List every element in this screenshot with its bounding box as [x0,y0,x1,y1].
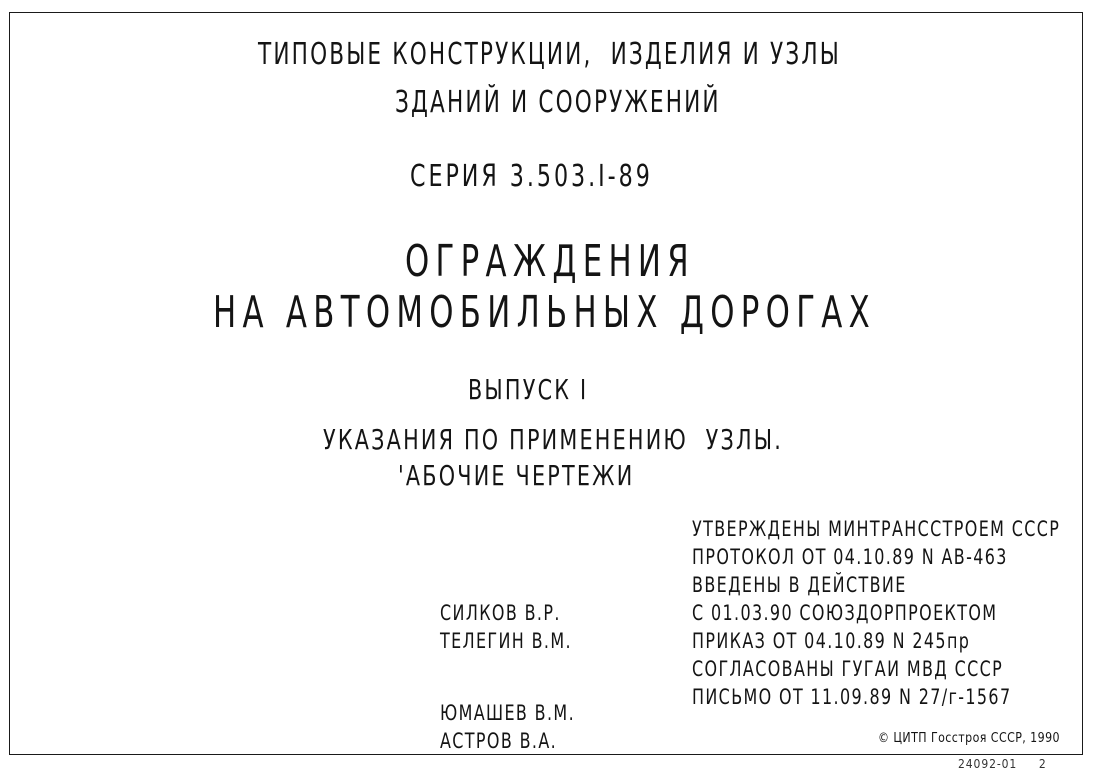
author-name: АСТРОВ В.А. [440,731,557,752]
approval-line: ПИСЬМО ОТ 11.09.89 N 27/г-1567 [692,687,1011,708]
author-name: ТЕЛЕГИН В.М. [440,631,572,652]
approval-line: УТВЕРЖДЕНЫ МИНТРАНССТРОЕМ СССР [692,519,1060,540]
series-number: СЕРИЯ 3.503.I-89 [410,162,653,192]
header-line-2: ЗДАНИЙ И СООРУЖЕНИЙ [395,88,721,118]
author-name: СИЛКОВ В.Р. [440,603,561,624]
copyright-note: © ЦИТП Госстроя СССР, 1990 [878,732,1060,745]
title-line-1: ОГРАЖДЕНИЯ [405,240,695,284]
subtitle-line-1: УКАЗАНИЯ ПО ПРИМЕНЕНИЮ УЗЛЫ. [323,426,783,454]
approval-line: С 01.03.90 СОЮЗДОРПРОЕКТОМ [692,603,997,624]
header-line-1: ТИПОВЫЕ КОНСТРУКЦИИ, ИЗДЕЛИЯ И УЗЛЫ [258,40,841,70]
title-line-2: НА АВТОМОБИЛЬНЫХ ДОРОГАХ [213,291,876,335]
approval-line: СОГЛАСОВАНЫ ГУГАИ МВД СССР [692,659,1003,680]
author-name: ЮМАШЕВ В.М. [440,703,575,724]
sheet-number: 24092-01 2 [958,758,1047,770]
approval-line: ПРОТОКОЛ ОТ 04.10.89 N АВ-463 [692,547,1008,568]
approval-line: ВВЕДЕНЫ В ДЕЙСТВИЕ [692,575,907,596]
approval-line: ПРИКАЗ ОТ 04.10.89 N 245пр [692,631,970,652]
subtitle-line-2: 'АБОЧИЕ ЧЕРТЕЖИ [398,462,634,490]
issue-label: ВЫПУСК I [468,376,588,404]
